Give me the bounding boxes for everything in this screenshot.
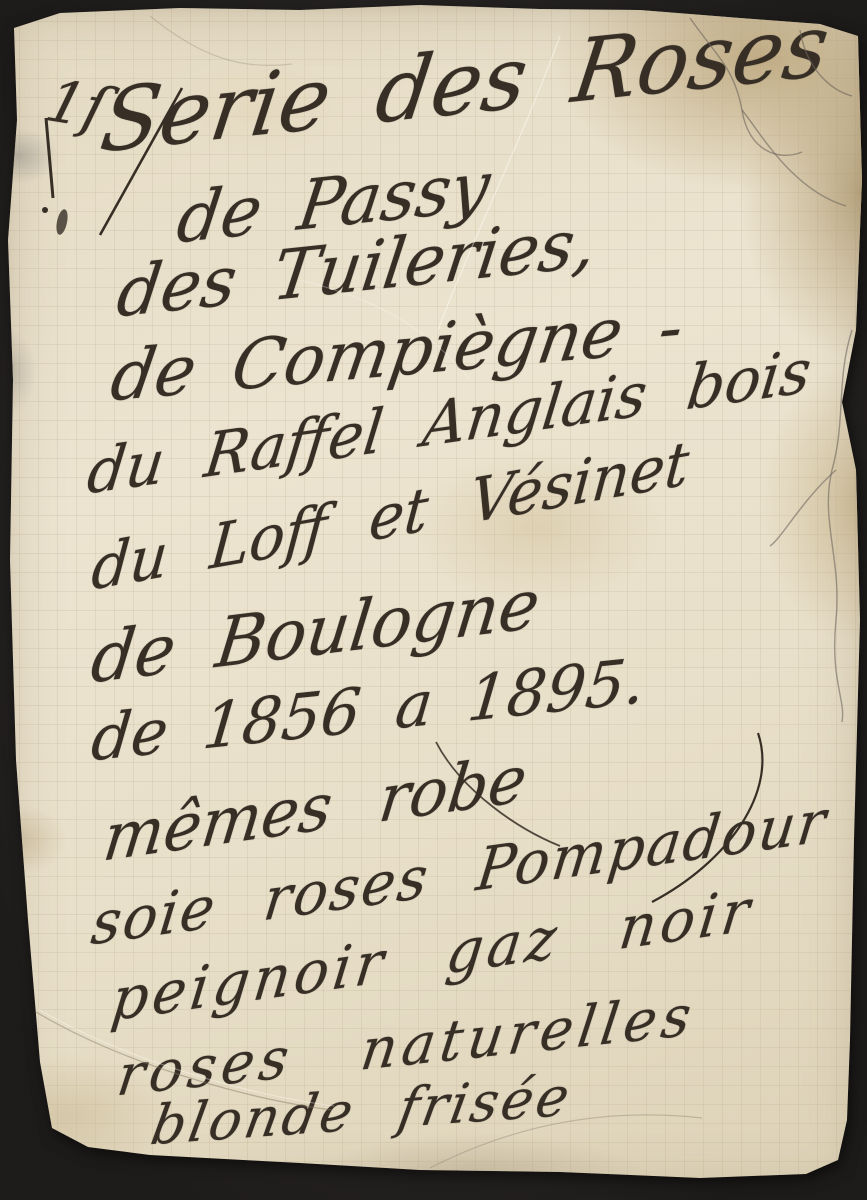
photograph-of-manuscript: 1ſ Serie des Roses de Passy des Tuilerie… <box>0 0 867 1200</box>
paper-sheet-wrap: 1ſ Serie des Roses de Passy des Tuilerie… <box>0 0 867 1200</box>
paper-sheet: 1ſ Serie des Roses de Passy des Tuilerie… <box>0 0 867 1200</box>
manuscript-line: Serie des Roses <box>95 0 835 173</box>
